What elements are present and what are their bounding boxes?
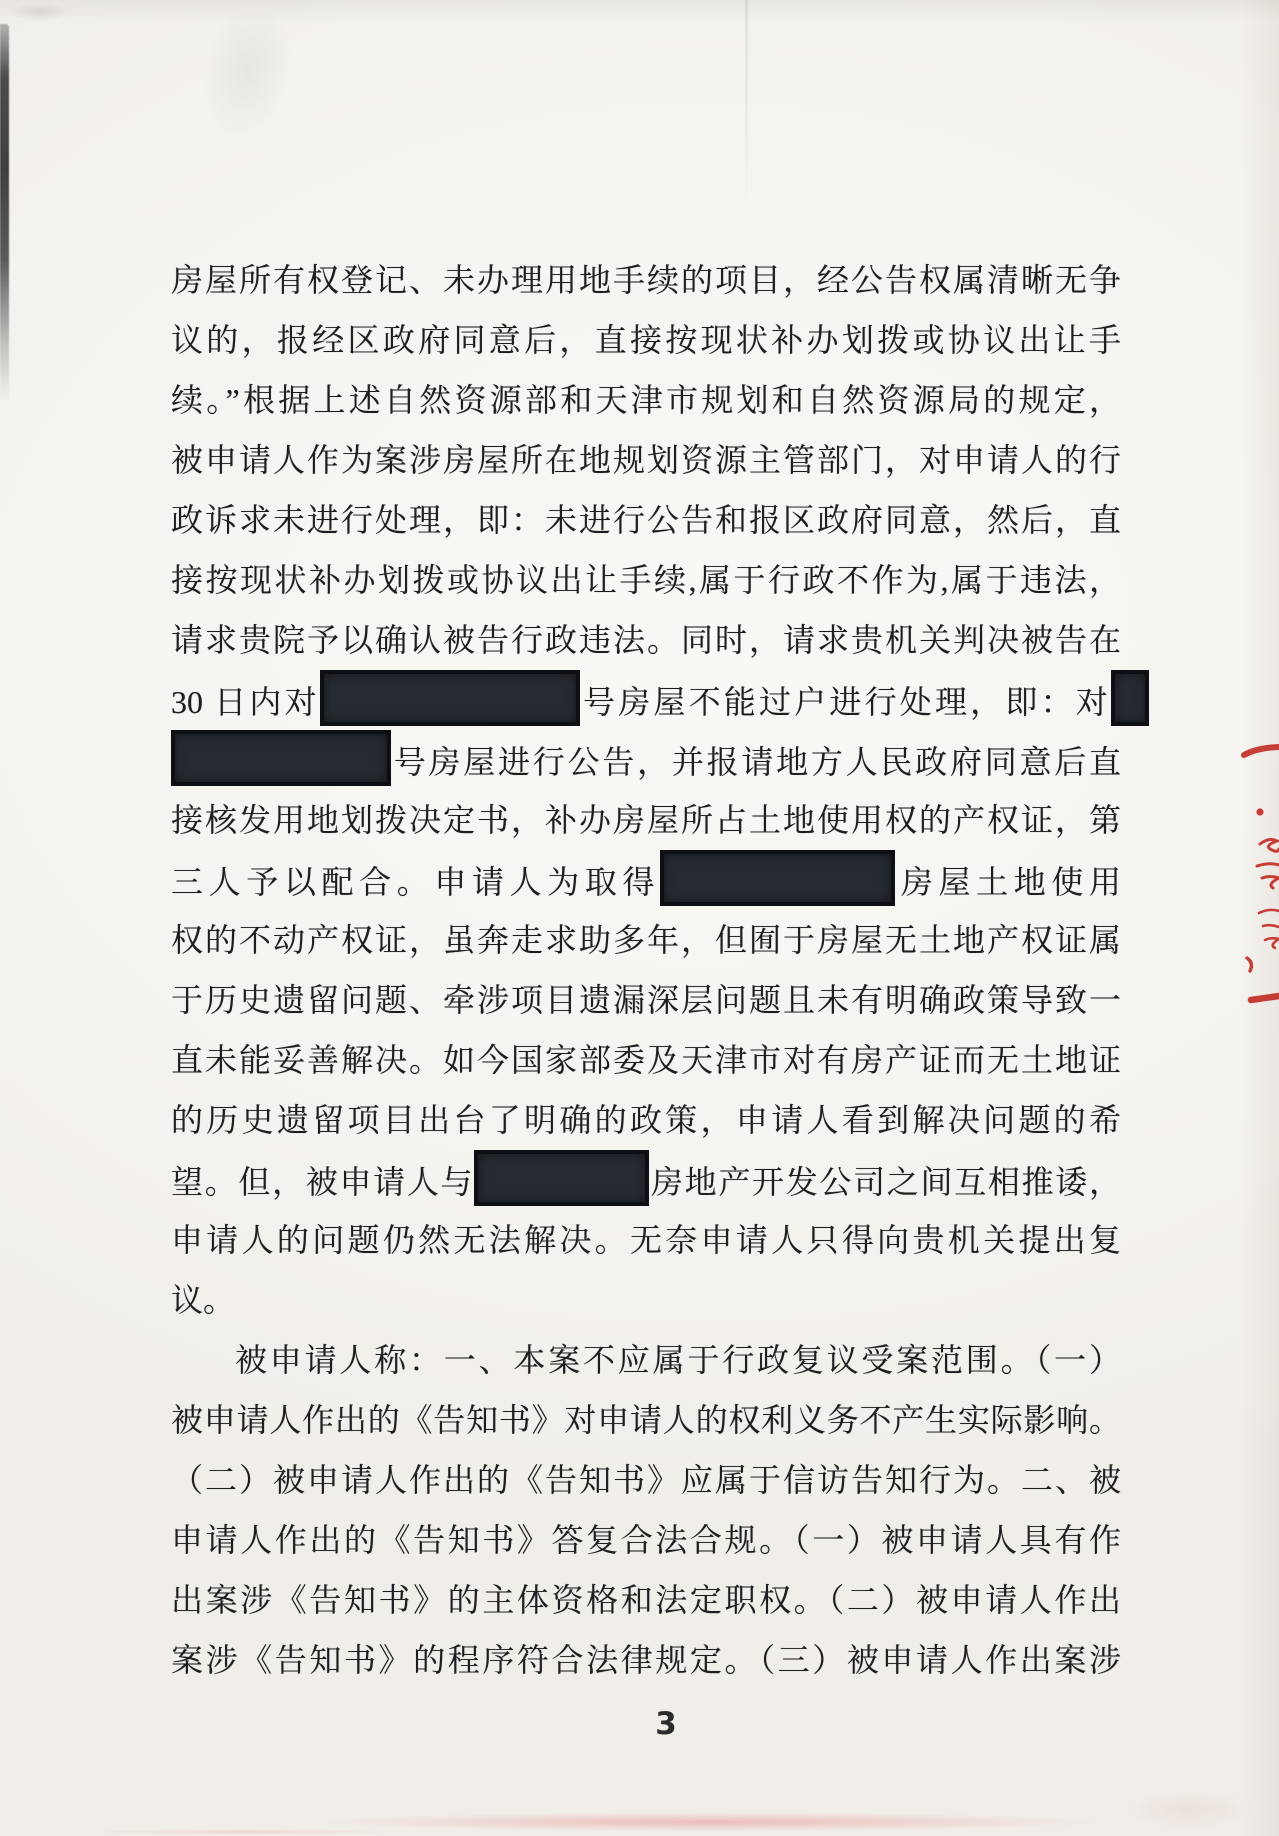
text-line: 房屋所有权登记、未办理用地手续的项目，经公告权属清晰无争	[171, 250, 1121, 310]
text-line: 申请人作出的《告知书》答复合法合规。（一）被申请人具有作	[171, 1510, 1121, 1570]
redaction-block	[171, 730, 391, 786]
text-segment: 权的不动产权证，虽奔走求助多年，但囿于房屋无土地产权证属	[171, 922, 1121, 958]
text-line: 三人予以配合。申请人为取得房屋土地使用	[171, 850, 1121, 910]
text-segment: 接按现状补办划拨或协议出让手续,属于行政不作为,属于违法，	[171, 562, 1121, 598]
red-scribble-mark	[1260, 840, 1279, 852]
text-segment: 号房屋进行公告，并报请地方人民政府同意后直	[391, 744, 1121, 780]
text-line: 被申请人作出的《告知书》对申请人的权利义务不产生实际影响。	[171, 1390, 1121, 1450]
text-segment: 号房屋不能过户进行处理，即：对	[580, 684, 1111, 720]
text-segment: 房屋所有权登记、未办理用地手续的项目，经公告权属清晰无争	[171, 262, 1121, 298]
page-number: 3	[646, 1706, 686, 1742]
redaction-block	[660, 850, 895, 906]
text-line: 续。”根据上述自然资源部和天津市规划和自然资源局的规定，	[171, 370, 1121, 430]
red-scribble-mark	[1257, 864, 1279, 888]
text-line: 直未能妥善解决。如今国家部委及天津市对有房产证而无土地证	[171, 1030, 1121, 1090]
text-segment: 议的，报经区政府同意后，直接按现状补办划拨或协议出让手	[171, 322, 1121, 358]
paper-smudge	[191, 0, 303, 147]
text-segment: 申请人的问题仍然无法解决。无奈申请人只得向贵机关提出复	[171, 1222, 1121, 1258]
text-segment: （二）被申请人作出的《告知书》应属于信访告知行为。二、被	[171, 1462, 1121, 1498]
red-ink-annotation	[1235, 698, 1279, 1018]
text-segment: 出案涉《告知书》的主体资格和法定职权。（二）被申请人作出	[171, 1582, 1121, 1618]
text-segment: 案涉《告知书》的程序符合法律规定。（三）被申请人作出案涉	[171, 1642, 1121, 1678]
text-line: 望。但，被申请人与房地产开发公司之间互相推诿，	[171, 1150, 1121, 1210]
text-line: 议的，报经区政府同意后，直接按现状补办划拨或协议出让手	[171, 310, 1121, 370]
text-segment: 请求贵院予以确认被告行政违法。同时，请求贵机关判决被告在	[171, 622, 1121, 658]
scan-edge-artifact	[0, 24, 9, 402]
text-segment: 直未能妥善解决。如今国家部委及天津市对有房产证而无土地证	[171, 1042, 1121, 1078]
text-line: 号房屋进行公告，并报请地方人民政府同意后直	[171, 730, 1121, 790]
text-line: 的历史遗留项目出台了明确的政策，申请人看到解决问题的希	[171, 1090, 1121, 1150]
redaction-block	[1111, 670, 1149, 726]
text-line: 接核发用地划拨决定书，补办房屋所占土地使用权的产权证，第	[171, 790, 1121, 850]
document-text: 房屋所有权登记、未办理用地手续的项目，经公告权属清晰无争议的，报经区政府同意后，…	[171, 250, 1121, 1690]
red-scribble-mark	[1259, 910, 1279, 948]
text-segment: 被申请人作出的《告知书》对申请人的权利义务不产生实际影响。	[171, 1402, 1121, 1438]
text-segment: 望。但，被申请人与	[171, 1164, 474, 1200]
text-segment: 接核发用地划拨决定书，补办房屋所占土地使用权的产权证，第	[171, 802, 1121, 838]
redaction-block	[320, 670, 580, 726]
text-segment: 续。”根据上述自然资源部和天津市规划和自然资源局的规定，	[171, 382, 1121, 418]
text-segment: 房地产开发公司之间互相推诿，	[649, 1164, 1121, 1200]
text-line: 案涉《告知书》的程序符合法律规定。（三）被申请人作出案涉	[171, 1630, 1121, 1690]
text-line: 议。	[171, 1270, 1121, 1330]
text-segment: 房屋土地使用	[895, 864, 1121, 900]
text-segment: 的历史遗留项目出台了明确的政策，申请人看到解决问题的希	[171, 1102, 1121, 1138]
text-line: 被申请人称：一、本案不应属于行政复议受案范围。（一）	[171, 1330, 1121, 1390]
red-comma-mark	[1247, 958, 1251, 971]
text-line: 被申请人作为案涉房屋所在地规划资源主管部门，对申请人的行	[171, 430, 1121, 490]
text-line: 申请人的问题仍然无法解决。无奈申请人只得向贵机关提出复	[171, 1210, 1121, 1270]
text-line: 出案涉《告知书》的主体资格和法定职权。（二）被申请人作出	[171, 1570, 1121, 1630]
redaction-block	[474, 1150, 649, 1206]
text-line: 请求贵院予以确认被告行政违法。同时，请求贵机关判决被告在	[171, 610, 1121, 670]
text-segment: 议。	[171, 1282, 235, 1318]
text-line: 接按现状补办划拨或协议出让手续,属于行政不作为,属于违法，	[171, 550, 1121, 610]
text-line: 30 日内对号房屋不能过户进行处理，即：对	[171, 670, 1121, 730]
text-segment: 三人予以配合。申请人为取得	[171, 864, 660, 900]
paper-crease	[745, 0, 748, 215]
red-dash-mark	[1244, 747, 1279, 755]
text-segment: 被申请人作为案涉房屋所在地规划资源主管部门，对申请人的行	[171, 442, 1121, 478]
text-segment: 于历史遗留问题、牵涉项目遗漏深层问题且未有明确政策导致一	[171, 982, 1121, 1018]
text-segment: 申请人作出的《告知书》答复合法合规。（一）被申请人具有作	[171, 1522, 1121, 1558]
text-segment: 30 日内对	[171, 684, 320, 720]
red-dot-mark	[1256, 808, 1263, 815]
scanned-document-page: 房屋所有权登记、未办理用地手续的项目，经公告权属清晰无争议的，报经区政府同意后，…	[0, 0, 1279, 1836]
text-line: （二）被申请人作出的《告知书》应属于信访告知行为。二、被	[171, 1450, 1121, 1510]
red-underline-mark	[1251, 996, 1279, 1000]
text-segment: 被申请人称：一、本案不应属于行政复议受案范围。（一）	[235, 1342, 1121, 1378]
text-line: 于历史遗留问题、牵涉项目遗漏深层问题且未有明确政策导致一	[171, 970, 1121, 1030]
text-line: 权的不动产权证，虽奔走求助多年，但囿于房屋无土地产权证属	[171, 910, 1121, 970]
text-segment: 政诉求未进行处理，即：未进行公告和报区政府同意，然后，直	[171, 502, 1121, 538]
text-line: 政诉求未进行处理，即：未进行公告和报区政府同意，然后，直	[171, 490, 1121, 550]
